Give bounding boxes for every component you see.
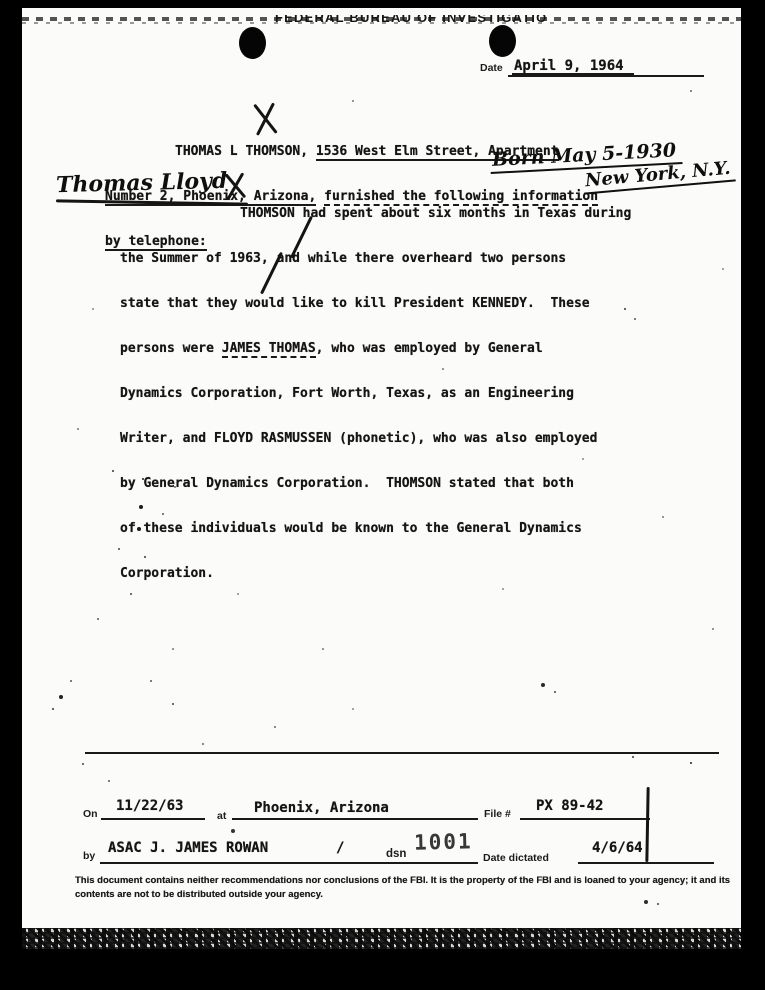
disclaimer-text: This document contains neither recommend… (75, 874, 731, 901)
body-line-8: of these individuals would be known to t… (120, 521, 631, 536)
date-underline (508, 75, 704, 77)
form-dictated-label: Date dictated (483, 852, 549, 864)
form-at-value: Phoenix, Arizona (254, 800, 389, 816)
form-by-label: by (83, 850, 95, 862)
subject-name: THOMAS L (175, 144, 238, 159)
form-dictated-underline (578, 862, 714, 864)
body-paragraph: THOMSON had spent about six months in Te… (120, 176, 631, 611)
form-by-underline (100, 862, 478, 864)
body-line-7: by General Dynamics Corporation. THOMSON… (120, 476, 631, 491)
scanned-page: FEDERAL BUREAU OF INVESTIGATION Date Apr… (0, 0, 765, 990)
form-file-value: PX 89-42 (536, 798, 603, 814)
body-line-2: the Summer of 1963, and while there over… (120, 251, 631, 266)
hole-punch-left (239, 27, 266, 59)
scan-speckles (22, 8, 24, 10)
body-line-9: Corporation. (120, 566, 631, 581)
agency-header-text: FEDERAL BUREAU OF INVESTIGATION (275, 15, 547, 25)
form-typist-slash: / (336, 840, 344, 856)
form-on-value: 11/22/63 (116, 798, 183, 814)
form-at-label: at (217, 810, 226, 822)
footer-separator-rule (85, 752, 719, 754)
document-paper: FEDERAL BUREAU OF INVESTIGATION Date Apr… (22, 8, 741, 949)
form-typist-initials: dsn (386, 848, 406, 860)
date-value: April 9, 1964 (514, 58, 624, 74)
form-file-label: File # (484, 808, 511, 820)
form-dictated-value: 4/6/64 (592, 840, 643, 856)
hole-punch-right (489, 25, 516, 57)
date-label: Date (480, 62, 503, 74)
date-value-underline (512, 73, 634, 75)
form-at-underline (232, 818, 478, 820)
form-on-underline (101, 818, 205, 820)
agency-header-clipped: FEDERAL BUREAU OF INVESTIGATION (275, 15, 547, 25)
body-line-1: THOMSON had spent about six months in Te… (120, 206, 631, 221)
pen-vertical-stroke (645, 787, 649, 862)
name-james-thomas: JAMES THOMAS (222, 341, 316, 358)
body-line-3: state that they would like to kill Presi… (120, 296, 631, 311)
body-line-4: persons were JAMES THOMAS, who was emplo… (120, 341, 631, 356)
bottom-scan-noise-band (22, 928, 741, 949)
form-file-underline (520, 818, 650, 820)
form-on-label: On (83, 808, 98, 820)
body-line-6: Writer, and FLOYD RASMUSSEN (phonetic), … (120, 431, 631, 446)
stamp-number: 1001 (414, 829, 473, 855)
body-line-5: Dynamics Corporation, Fort Worth, Texas,… (120, 386, 631, 401)
form-by-value: ASAC J. JAMES ROWAN (108, 840, 268, 856)
